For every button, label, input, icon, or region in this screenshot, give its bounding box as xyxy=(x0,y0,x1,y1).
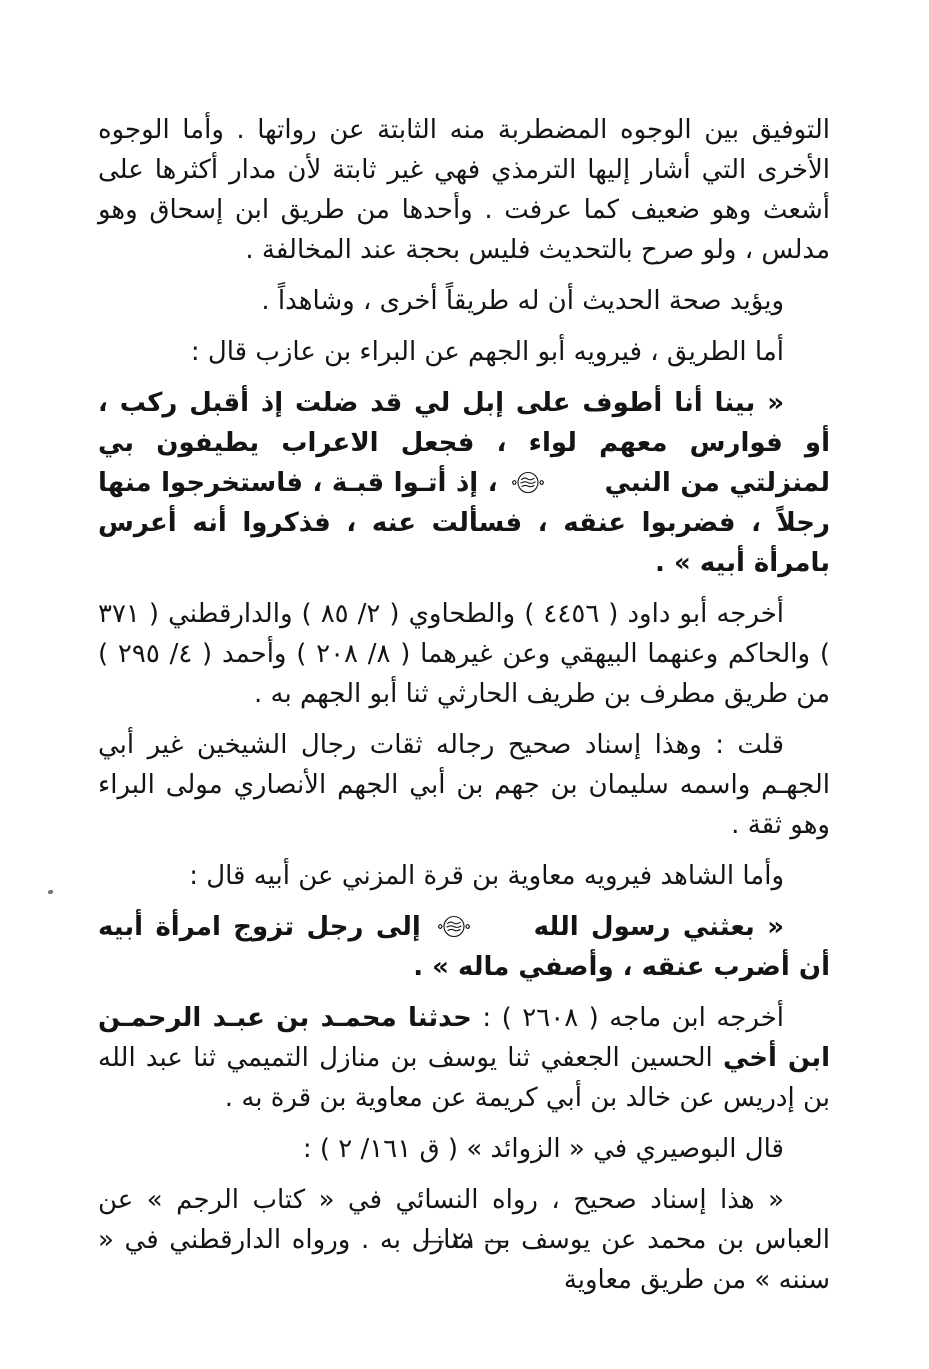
book-page: التوفيق بين الوجوه المضطربة منه الثابتة … xyxy=(0,0,929,1369)
body-text: التوفيق بين الوجوه المضطربة منه الثابتة … xyxy=(98,110,830,1311)
paragraph-2: ويؤيد صحة الحديث أن له طريقاً أخرى ، وشا… xyxy=(98,281,830,321)
pbuh-seal-icon: ﷺ xyxy=(436,913,518,940)
paragraph-3: أما الطريق ، فيرويه أبو الجهم عن البراء … xyxy=(98,332,830,372)
paragraph-5-takhrij: أخرجه أبو داود ( ٤٤٥٦ ) والطحاوي ( ٢/ ٨٥… xyxy=(98,594,830,714)
paragraph-7: وأما الشاهد فيرويه معاوية بن قرة المزني … xyxy=(98,856,830,896)
hadith-quote-2: « بعثني رسول الله ﷺ إلى رجل تزوج امرأة أ… xyxy=(98,907,830,987)
scan-artifact xyxy=(48,890,53,894)
isnad-rest: الحسين الجعفي ثنا يوسف بن منازل التميمي … xyxy=(98,1043,830,1113)
page-number: — ٢١ — xyxy=(0,1228,929,1254)
pbuh-seal-icon: ﷺ xyxy=(510,469,592,496)
paragraph-10-busiri: قال البوصيري في « الزوائد » ( ق ١٦١/ ٢ )… xyxy=(98,1129,830,1169)
paragraph-1: التوفيق بين الوجوه المضطربة منه الثابتة … xyxy=(98,110,830,270)
paragraph-9-isnad: أخرجه ابن ماجه ( ٢٦٠٨ ) : حدثنا محمـد بن… xyxy=(98,998,830,1118)
hadith-text-before-seal: « بعثني رسول الله xyxy=(534,912,784,942)
paragraph-6: قلت : وهذا إسناد صحيح رجاله ثقات رجال ال… xyxy=(98,725,830,845)
isnad-start: أخرجه ابن ماجه ( ٢٦٠٨ ) : xyxy=(472,1003,784,1033)
hadith-quote-1: « بينا أنا أطوف على إبل لي قد ضلت إذ أقب… xyxy=(98,383,830,583)
